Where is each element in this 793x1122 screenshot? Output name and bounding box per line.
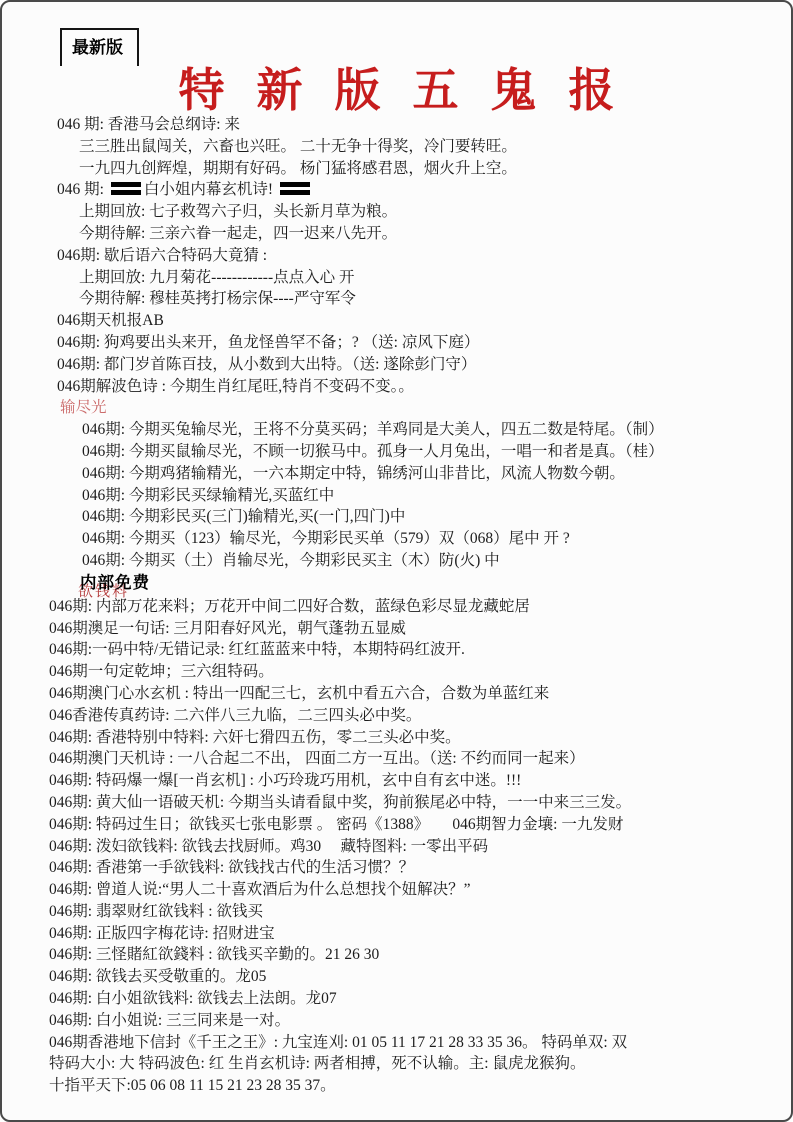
text-line: 046期: 内部万花来料；万花开中间二四好合数，蓝绿色彩尽显龙藏蛇居	[49, 596, 777, 618]
text-line: 046期: 歇后语六合特码大竟猜 :	[57, 245, 777, 267]
text-line: 046期: 都门岁首陈百技，从小数到大出特。（送: 遂除彭门守）	[57, 354, 777, 376]
text-line: 046期澳门天机诗 : 一八合起二不出， 四面二方一互出。（送: 不约而同一起来…	[49, 748, 777, 770]
text-line: 今期待解: 穆桂英拷打杨宗保----严守军令	[79, 288, 777, 310]
text-line: 046香港传真药诗: 二六伴八三九临，二三四头必中奖。	[49, 705, 777, 727]
text-line: 046期一句定乾坤；三六组特码。	[49, 661, 777, 683]
text-line: 上期回放: 九月菊花------------点点入心 开	[79, 267, 777, 289]
text-line: 046期: 今期鸡猪输精光，一六本期定中特，锦绣河山非昔比，风流人物数今朝。	[82, 463, 777, 485]
text-line: 046期: 白小姐欲钱料: 欲钱去上法朗。龙07	[49, 988, 777, 1010]
text-line: 046期澳足一句话: 三月阳春好风光，朝气蓬勃五显威	[49, 618, 777, 640]
text-line: 上期回放: 七子救驾六子归，头长新月草为粮。	[79, 201, 777, 223]
text-line: 046期: 翡翠财红欲钱料 : 欲钱买	[49, 901, 777, 923]
text-line: 046期: 特码爆一爆[一肖玄机] : 小巧玲珑巧用机，玄中自有玄中迷。!!!	[49, 770, 777, 792]
text-line: 046期: 香港第一手欲钱料: 欲钱找古代的生活习惯？？	[49, 857, 777, 879]
text-line: 046期:一码中特/无错记录: 红红蓝蓝来中特，本期特码红波开.	[49, 639, 777, 661]
text-line-with-bars: 046 期: 白小姐内幕玄机诗!	[57, 179, 777, 201]
text-line: 046期: 欲钱去买受敬重的。龙05	[49, 966, 777, 988]
internal-free-heading: 内部免费	[80, 572, 150, 594]
text-line: 特码大小: 大 特码波色: 红 生肖玄机诗: 两者相搏，死不认输。主: 鼠虎龙猴…	[49, 1053, 777, 1075]
text-line: 一九四九创辉煌，期期有好码。 杨门猛将感君恩，烟火升上空。	[79, 158, 777, 180]
text-line: 046期: 今期买（土）肖输尽光，今期彩民买主（木）防(火) 中	[82, 550, 777, 572]
text-segment: 046 期:	[57, 181, 108, 198]
text-line: 046期: 狗鸡要出头来开，鱼龙怪兽罕不备；? （送: 凉风下庭）	[57, 332, 777, 354]
scanned-report-page: 最新版 特新版五鬼报 046 期: 香港马会总纲诗: 来 三三胜出鼠闯关，六畜也…	[0, 0, 793, 1122]
text-line: 046期香港地下信封《千王之王》: 九宝连刈: 01 05 11 17 21 2…	[49, 1032, 777, 1054]
text-line: 046期: 今期彩民买(三门)输精光,买(一门,四门)中	[82, 506, 777, 528]
text-line: 046期: 今期彩民买绿输精光,买蓝红中	[82, 485, 777, 507]
report-body: 046 期: 香港马会总纲诗: 来 三三胜出鼠闯关，六畜也兴旺。 二十无争十得奖…	[49, 114, 777, 1097]
double-bar-icon	[111, 182, 141, 195]
text-line: 046期: 今期买兔输尽光，王将不分莫买码；羊鸡同是大美人，四五二数是特尾。（制…	[82, 419, 777, 441]
text-line: 046 期: 香港马会总纲诗: 来	[57, 114, 777, 136]
text-segment: 白小姐内幕玄机诗!	[144, 181, 277, 198]
text-line: 046期解波色诗 : 今期生肖红尾旺,特肖不变码不变。。	[57, 376, 777, 398]
text-line: 三三胜出鼠闯关，六畜也兴旺。 二十无争十得奖，冷门要转旺。	[79, 136, 777, 158]
text-line: 046期: 白小姐说: 三三同来是一对。	[49, 1010, 777, 1032]
page-title: 特新版五鬼报	[2, 54, 791, 120]
text-line: 046期: 今期买鼠输尽光，不顾一切猴马中。孤身一人月兔出，一唱一和者是真。（桂…	[82, 441, 777, 463]
text-line: 今期待解: 三亲六眷一起走，四一迟来八先开。	[79, 223, 777, 245]
text-line: 046期: 曾道人说:“男人二十喜欢酒后为什么总想找个妞解决？”	[49, 879, 777, 901]
text-line: 046期: 黄大仙一语破天机: 今期当头请看鼠中奖，狗前猴尾必中特，一一中来三三…	[49, 792, 777, 814]
section-heading-shujinguang: 输尽光	[60, 397, 777, 419]
text-line: 046期: 今期买（123）输尽光，今期彩民买单（579）双（068）尾中 开 …	[82, 528, 777, 550]
text-line: 046期澳门心水玄机 : 特出一四配三七，玄机中看五六合，合数为单蓝红来	[49, 683, 777, 705]
double-bar-icon	[280, 182, 310, 195]
text-line: 046期: 香港特别中特料: 六奸七猾四五伤，零二三头必中奖。	[49, 727, 777, 749]
text-line: 046期: 泼妇欲钱料: 欲钱去找厨师。鸡30 藏特图料: 一零出平码	[49, 836, 777, 858]
text-line: 046期: 三怪賭紅欲錢料 : 欲钱买辛勤的。21 26 30	[49, 944, 777, 966]
text-line: 十指平天下:05 06 08 11 15 21 23 28 35 37。	[49, 1075, 777, 1097]
text-line: 046期: 正版四字梅花诗: 招财进宝	[49, 923, 777, 945]
text-line: 046期天机报AB	[57, 310, 777, 332]
overlapping-headings: 内部免费 欲钱料	[80, 572, 777, 596]
text-line: 046期: 特码过生日；欲钱买七张电影票 。 密码《1388》 046期智力金壤…	[49, 814, 777, 836]
